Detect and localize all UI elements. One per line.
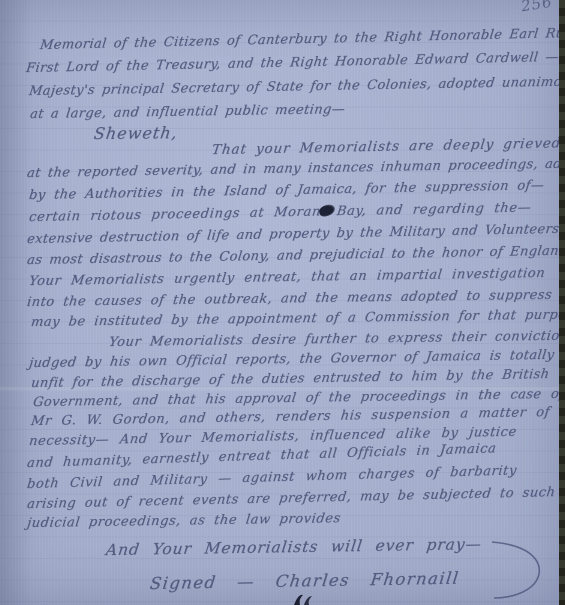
- salutation-line: Sheweth,: [93, 123, 179, 143]
- manuscript-page: 256 Memorial of the Citizens of Canterbu…: [0, 0, 565, 605]
- memorial-body-line: judicial proceedings, as the law provide…: [26, 511, 342, 531]
- signature-line: Signed — Charles Fhornaill: [149, 569, 461, 593]
- closing-line: And Your Memorialists will ever pray—: [105, 535, 483, 559]
- memorial-heading-line: Majesty's principal Secretary of State f…: [28, 74, 565, 99]
- memorial-body-line: may be instituted by the appointment of …: [30, 307, 565, 330]
- memorial-heading-line: Memorial of the Citizens of Canterbury t…: [39, 25, 565, 53]
- page-number: 256: [520, 0, 554, 15]
- memorial-body-line: That your Memorialists are deeply grieve…: [211, 135, 562, 158]
- cut-off-stroke: [288, 593, 318, 605]
- memorial-body-line: into the causes of the outbreak, and the…: [26, 287, 565, 310]
- memorial-body-line: extensive destruction of life and proper…: [26, 222, 560, 247]
- memorial-body-line: as most disastrous to the Colony, and pr…: [26, 244, 565, 268]
- page-edge-strip: [559, 0, 565, 605]
- memorial-heading-line: First Lord of the Treasury, and the Righ…: [25, 49, 565, 76]
- memorial-body-line: certain riotous proceedings at Morant Ba…: [28, 200, 532, 225]
- memorial-body-line: by the Authorities in the Island of Jama…: [28, 178, 545, 203]
- signature-flourish: [488, 536, 550, 602]
- memorial-body-line: at the reported severity, and in many in…: [26, 156, 565, 181]
- memorial-body-line: Your Memorialists desire further to expr…: [108, 328, 565, 350]
- memorial-heading-line: at a large, and influential public meeti…: [29, 102, 346, 122]
- memorial-body-line: Your Memorialists urgently entreat, that…: [28, 266, 546, 289]
